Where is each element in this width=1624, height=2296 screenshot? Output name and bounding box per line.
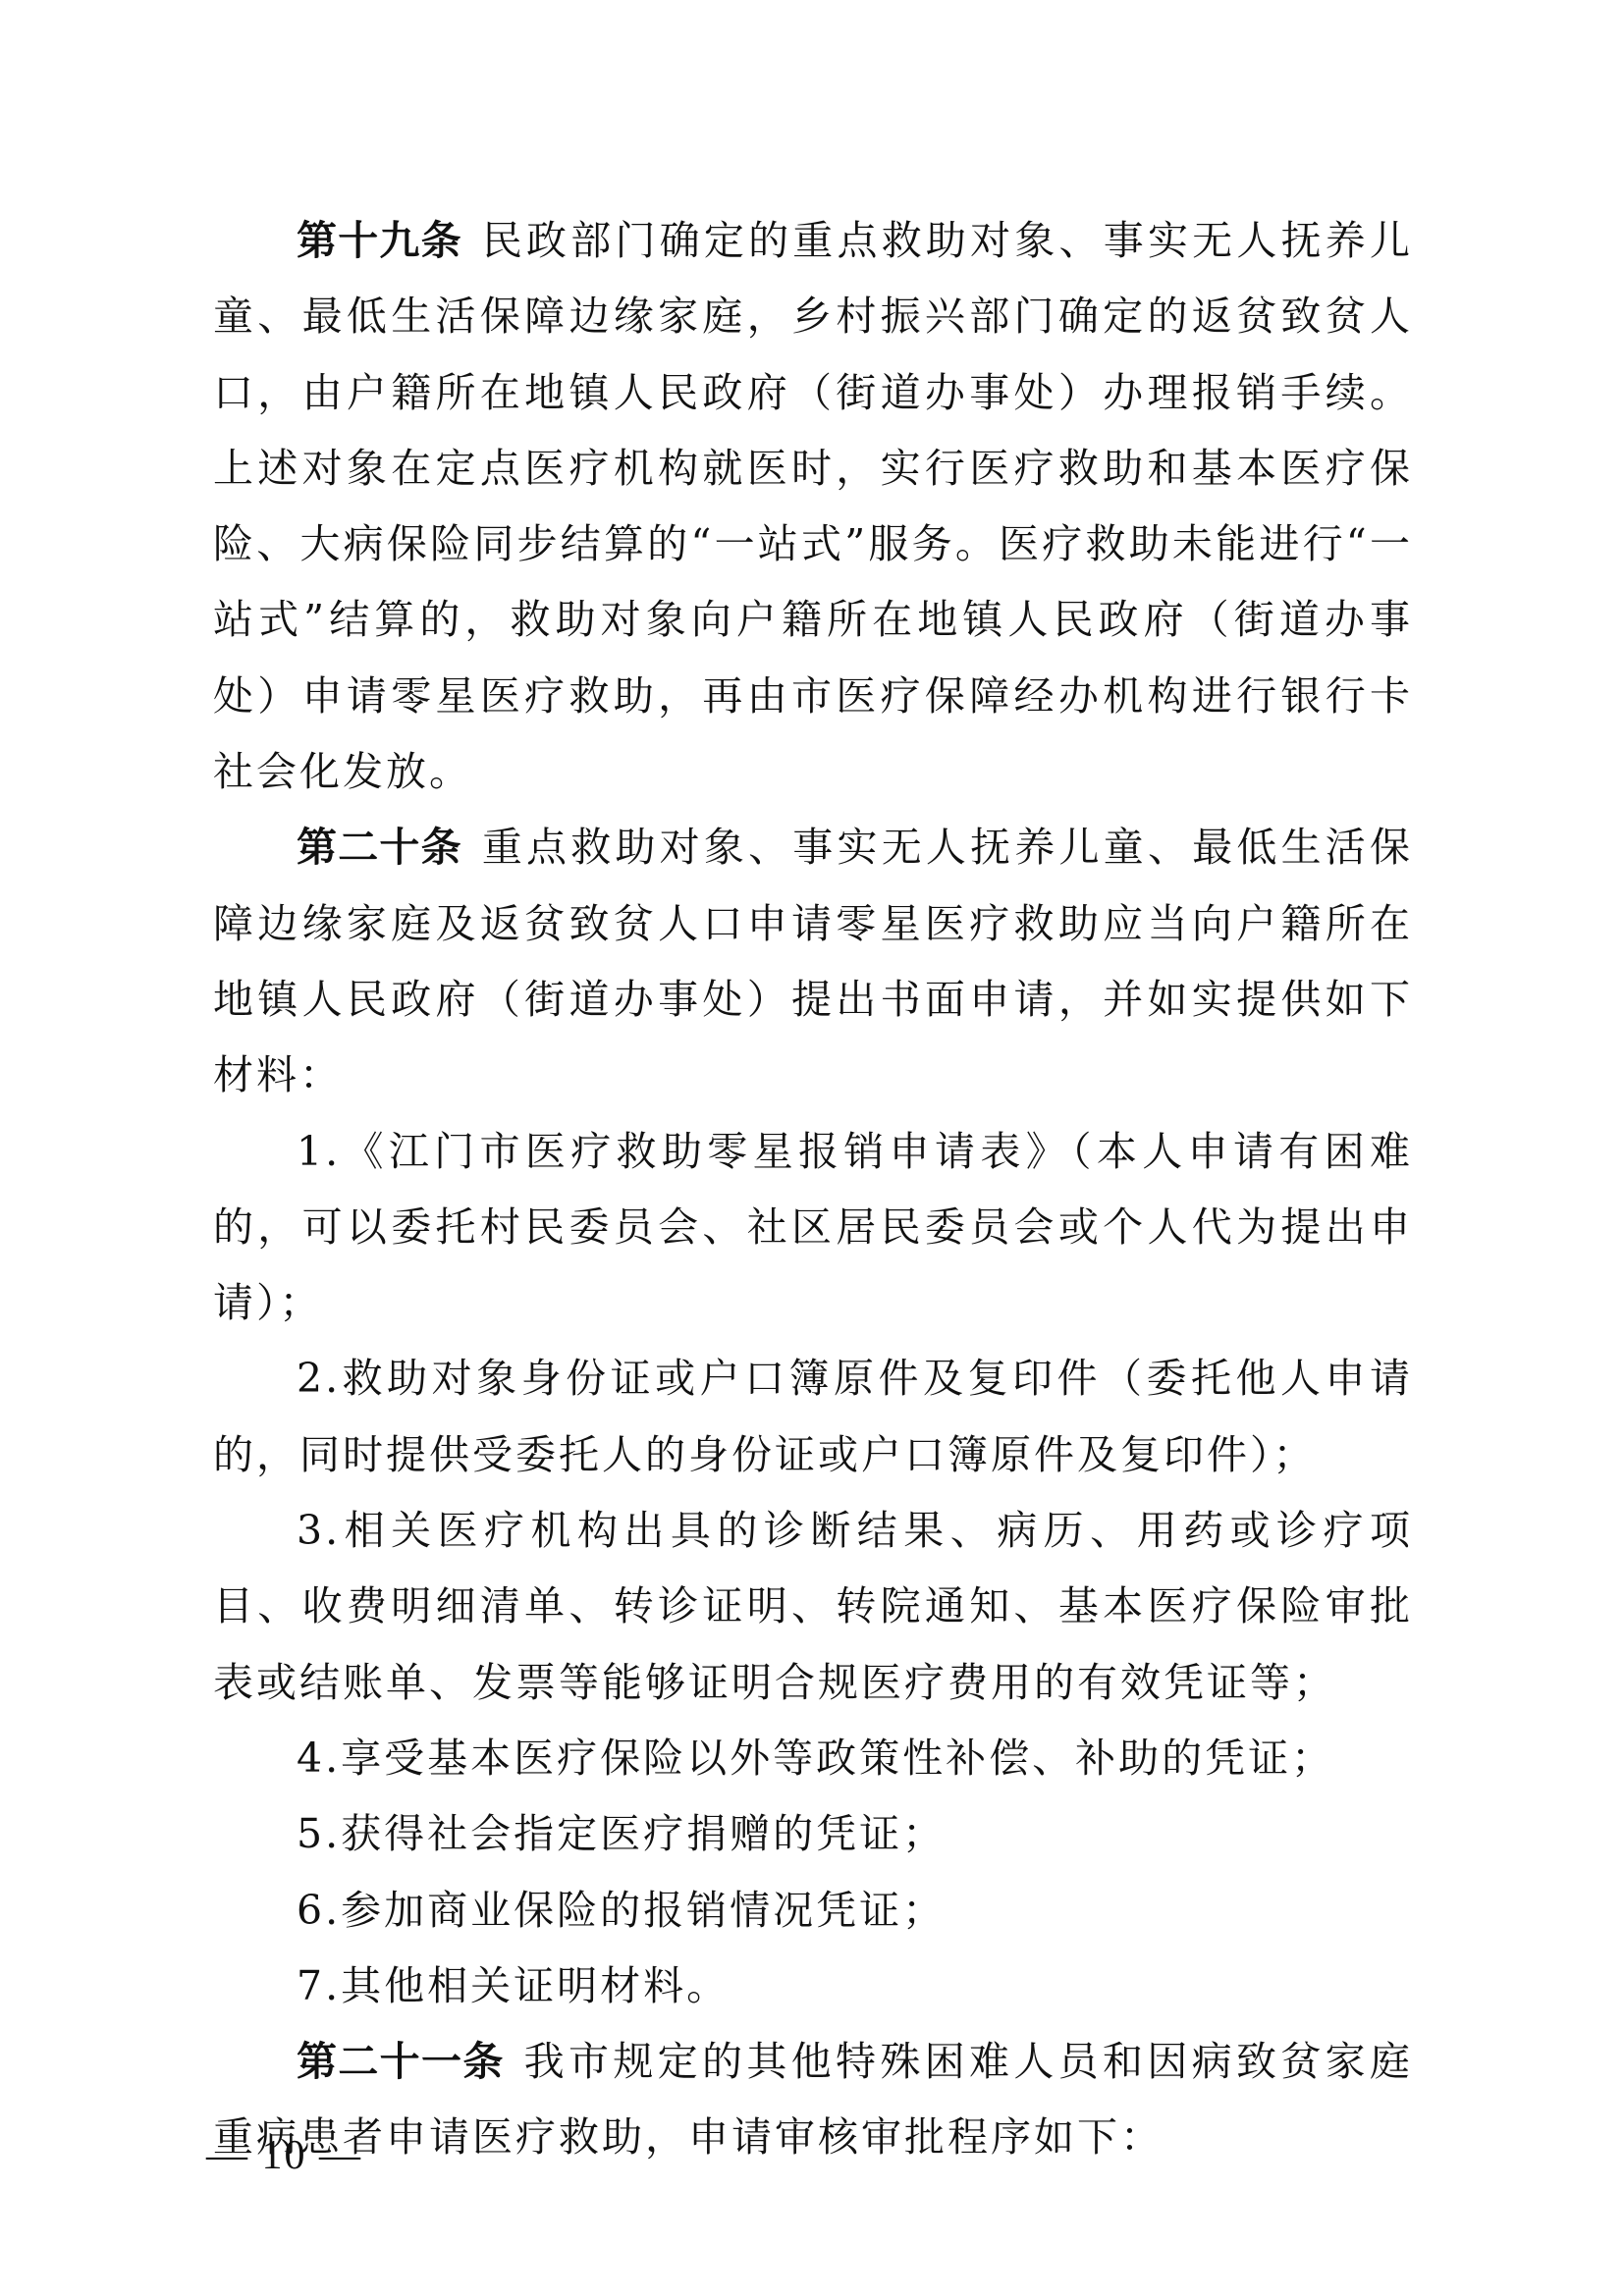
list-item-5: 5.获得社会指定医疗捐赠的凭证；	[213, 1796, 1413, 1872]
article-19: 第十九条民政部门确定的重点救助对象、事实无人抚养儿童、最低生活保障边缘家庭，乡村…	[213, 203, 1413, 810]
article-21-title: 第二十一条	[297, 2038, 505, 2085]
article-19-title: 第十九条	[297, 217, 462, 264]
list-item-1: 1.《江门市医疗救助零星报销申请表》（本人申请有困难的，可以委托村民委员会、社区…	[213, 1114, 1413, 1342]
list-item-4: 4.享受基本医疗保险以外等政策性补偿、补助的凭证；	[213, 1721, 1413, 1796]
list-item-7: 7.其他相关证明材料。	[213, 1949, 1413, 2024]
article-21: 第二十一条我市规定的其他特殊困难人员和因病致贫家庭重病患者申请医疗救助，申请审核…	[213, 2024, 1413, 2176]
article-20-title: 第二十条	[297, 824, 462, 871]
article-20: 第二十条重点救助对象、事实无人抚养儿童、最低生活保障边缘家庭及返贫致贫人口申请零…	[213, 810, 1413, 1113]
list-item-3: 3.相关医疗机构出具的诊断结果、病历、用药或诊疗项目、收费明细清单、转诊证明、转…	[213, 1493, 1413, 1721]
page-number: — 10 —	[206, 2132, 362, 2179]
list-item-2: 2.救助对象身份证或户口簿原件及复印件（委托他人申请的，同时提供受委托人的身份证…	[213, 1341, 1413, 1493]
article-19-body: 民政部门确定的重点救助对象、事实无人抚养儿童、最低生活保障边缘家庭，乡村振兴部门…	[213, 217, 1413, 795]
list-item-6: 6.参加商业保险的报销情况凭证；	[213, 1873, 1413, 1949]
document-page: 第十九条民政部门确定的重点救助对象、事实无人抚养儿童、最低生活保障边缘家庭，乡村…	[213, 203, 1413, 2176]
